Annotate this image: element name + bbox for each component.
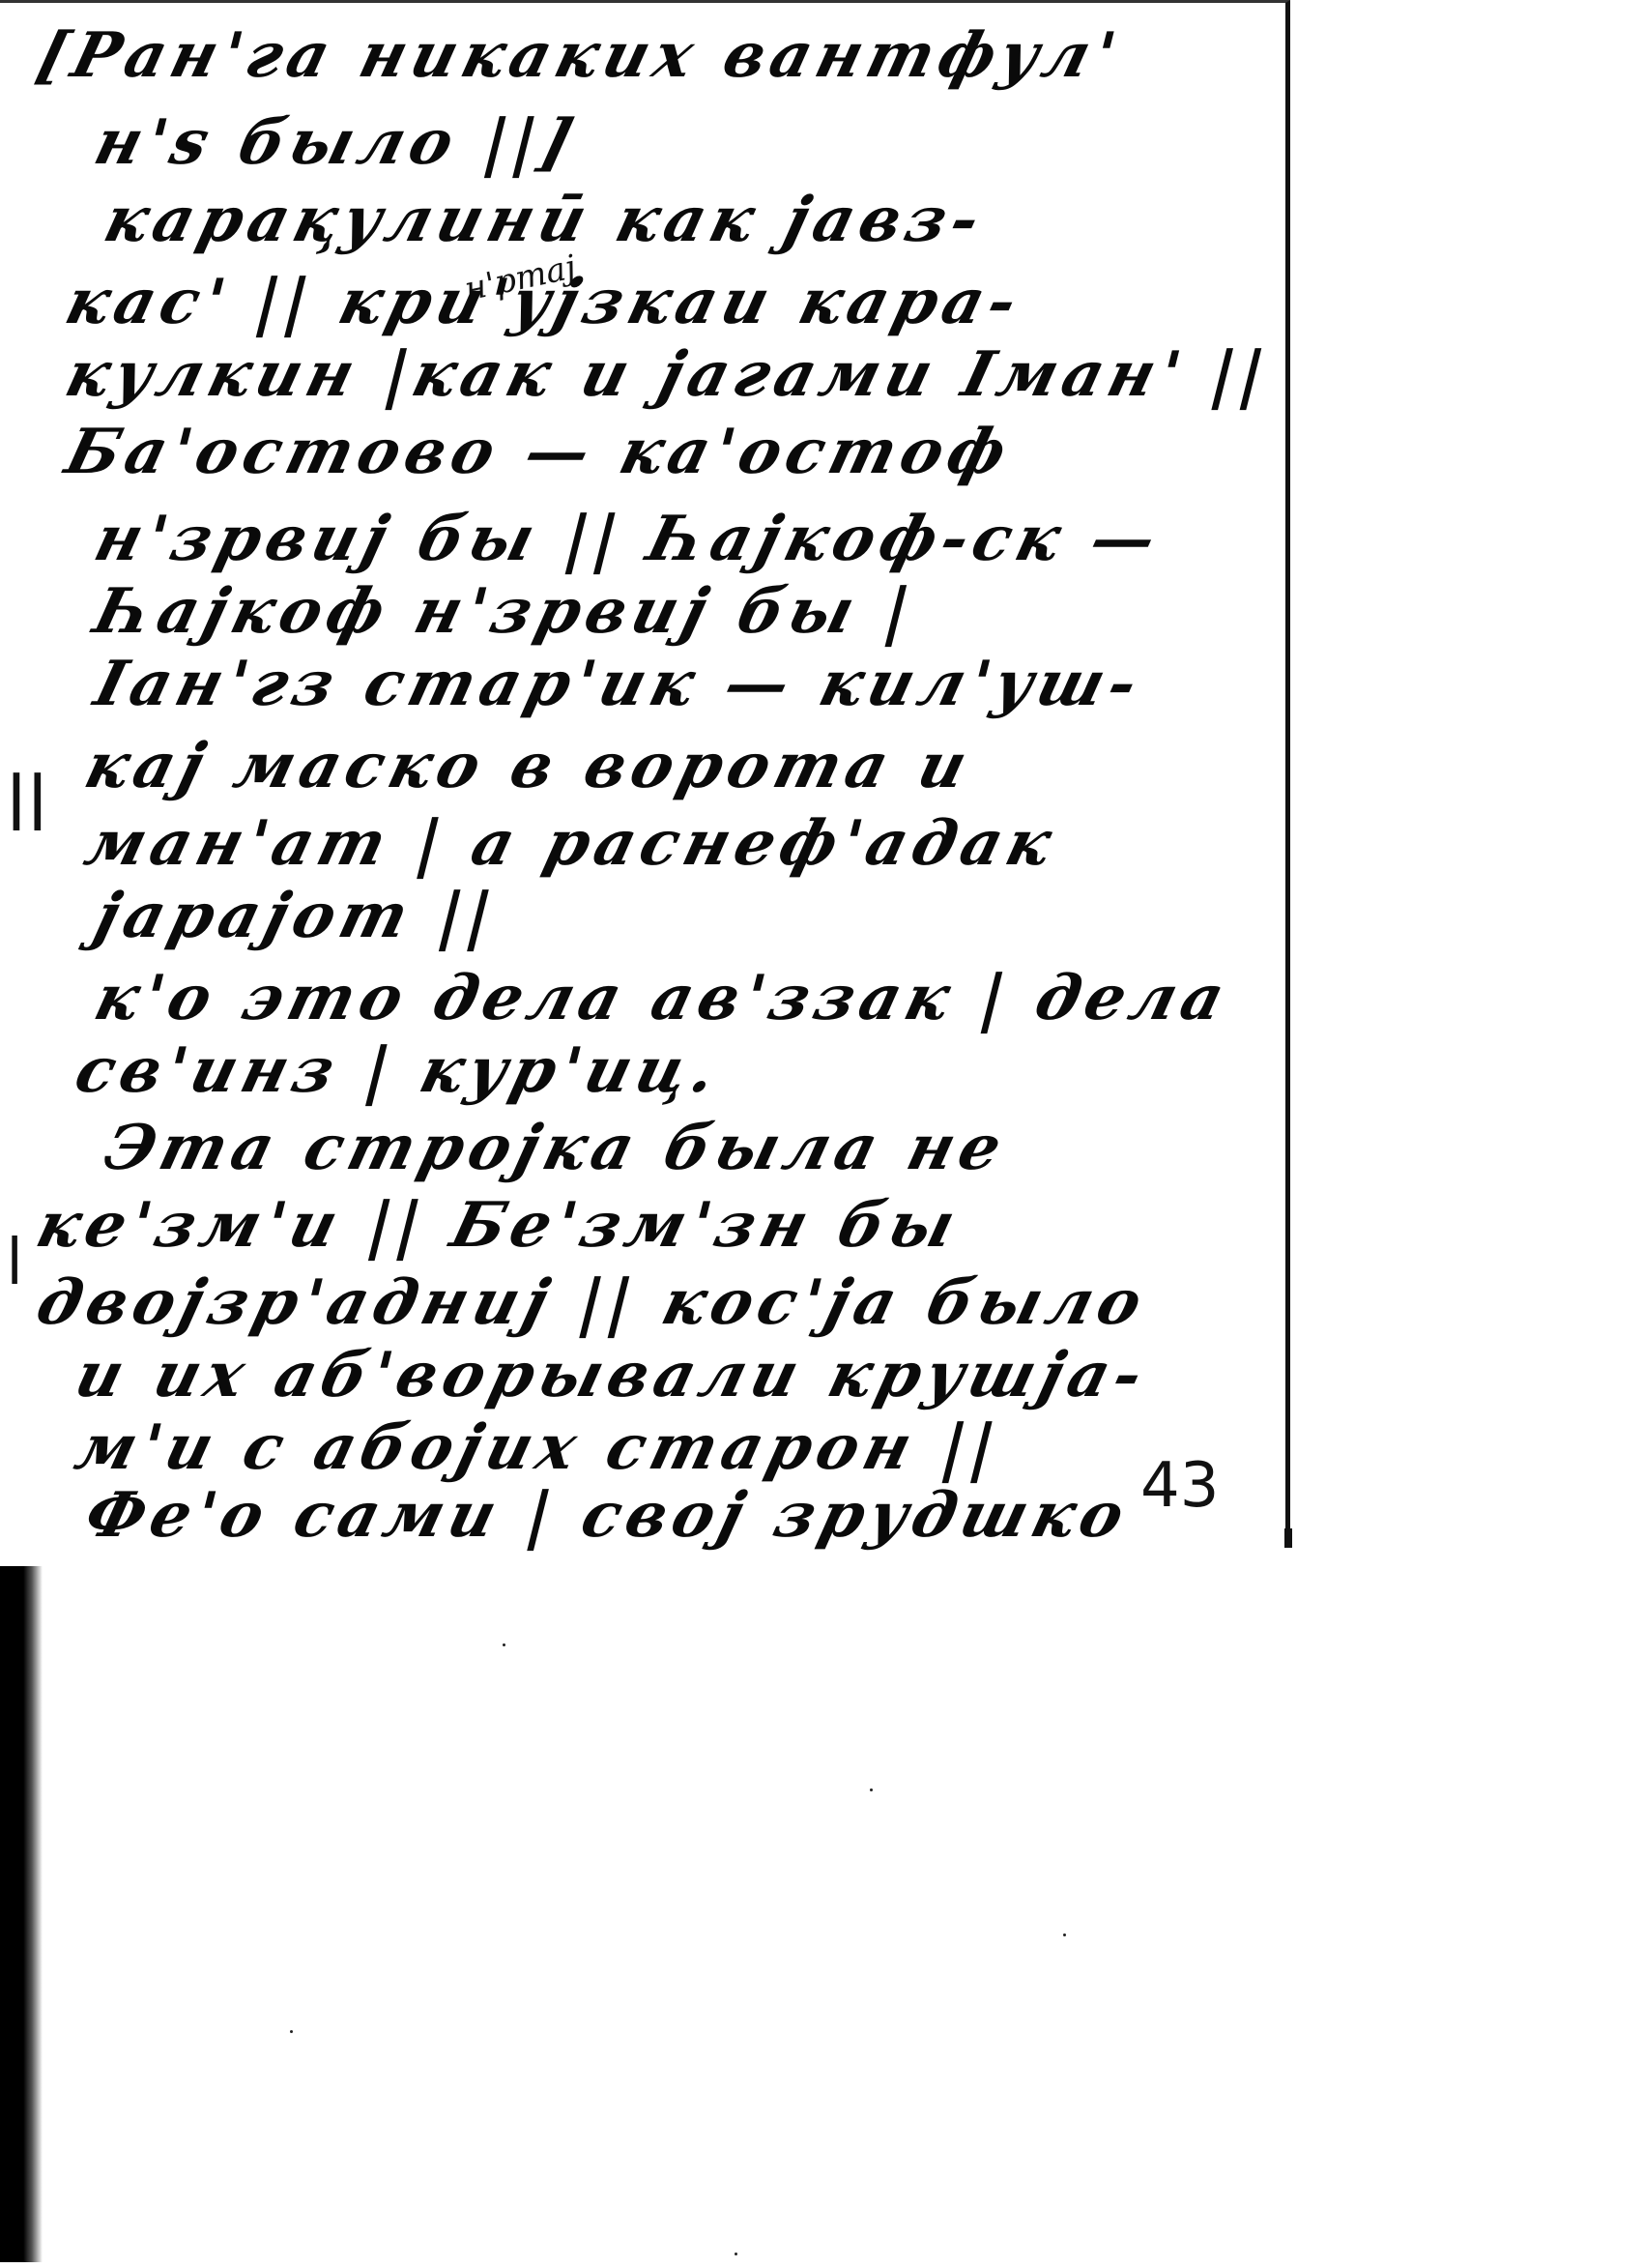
page-number: 43	[1140, 1450, 1219, 1522]
margin-mark: |	[6, 1228, 23, 1284]
scan-speck	[290, 2030, 293, 2033]
text-line: Ба'остово — ка'остоф	[59, 416, 1020, 488]
text-line: Эта стројка была не	[98, 1112, 1015, 1184]
text-line: Фе'о сами | свој зрудшко	[78, 1479, 1138, 1552]
scanned-manuscript-page: || | н'ртај [Ран'га никаких вантфул' н'ѕ…	[0, 0, 1643, 2268]
scan-speck	[735, 2253, 737, 2255]
text-line: н'зрвиј бы || Һајкоф-ск —	[88, 503, 1169, 575]
text-line: кас' || кри'ујзкаи кара-	[59, 266, 1030, 338]
text-line: двојзр'адниј || кос'ја было	[30, 1266, 1155, 1339]
scan-speck	[503, 1643, 505, 1646]
text-line: ман'ат | а раснеф'адак	[78, 807, 1065, 880]
text-line: к'о это дела ав'ззак | дела	[88, 962, 1237, 1034]
text-line: [Ран'га никаких вантфул'	[30, 19, 1129, 92]
text-line: кулкин |как и јагами Іман' ||	[59, 338, 1278, 411]
text-line: кај маско в ворота и	[78, 730, 980, 802]
scan-edge-shadow	[0, 1566, 43, 2262]
text-line: м'и с абојих старон ||	[69, 1411, 1009, 1484]
text-line: Һајкоф н'зрвиј бы |	[88, 575, 923, 648]
text-line: Іан'гз стар'ик — кил'уш-	[88, 648, 1150, 720]
text-line: н'ѕ было ||]	[88, 106, 586, 179]
text-line: ке'зм'и || Бе'зм'зн бы	[30, 1189, 968, 1262]
scan-speck	[1063, 1934, 1066, 1936]
text-line: и их аб'ворывали крушја-	[69, 1339, 1156, 1411]
text-line: св'инз | кур'иц.	[69, 1034, 729, 1107]
text-line: карақулинӣ как јавз-	[98, 184, 993, 256]
text-line: јарајот ||	[88, 880, 505, 952]
scan-speck	[870, 1788, 873, 1791]
margin-mark: ||	[6, 764, 48, 831]
